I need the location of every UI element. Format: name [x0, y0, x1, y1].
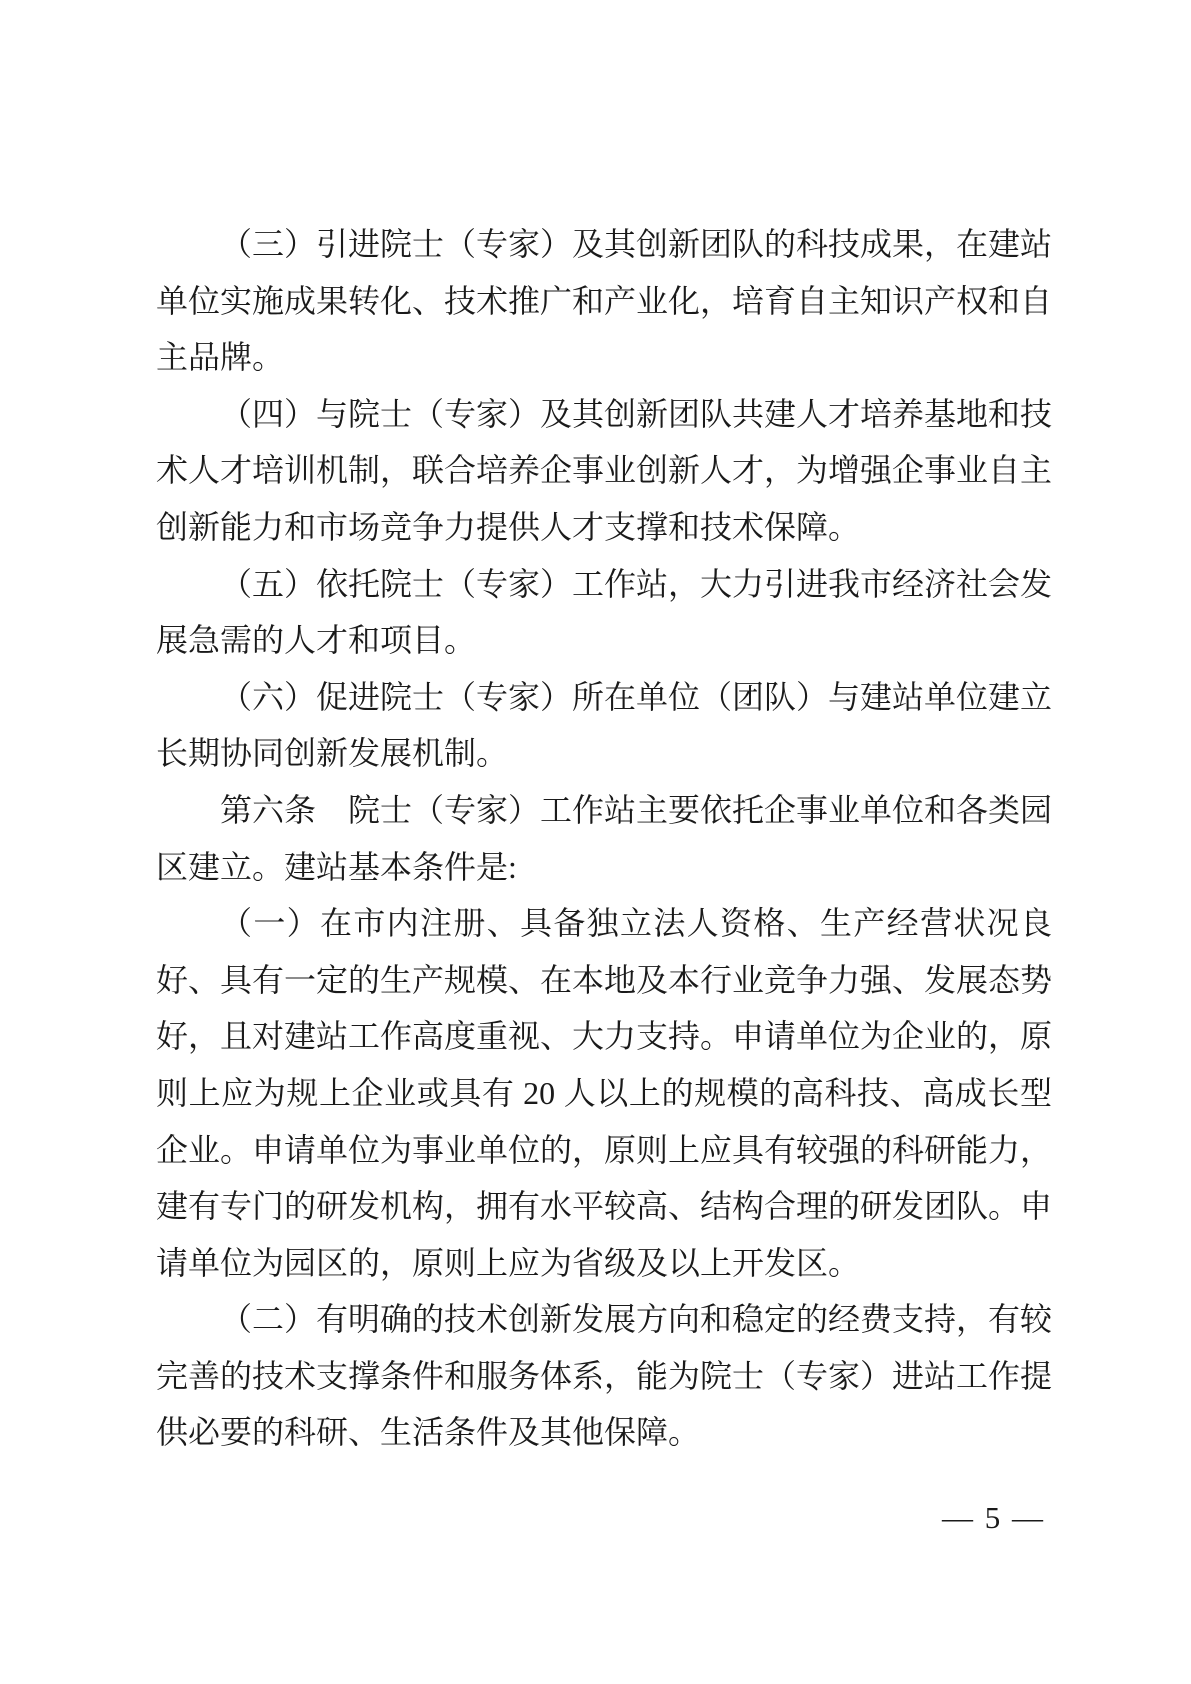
paragraph-item-4: （四）与院士（专家）及其创新团队共建人才培养基地和技术人才培训机制，联合培养企事… — [156, 386, 1052, 556]
page-number: — 5 — — [942, 1500, 1045, 1536]
paragraph-article-6: 第六条 院士（专家）工作站主要依托企事业单位和各类园区建立。建站基本条件是: — [156, 782, 1052, 895]
paragraph-condition-2: （二）有明确的技术创新发展方向和稳定的经费支持，有较完善的技术支撑条件和服务体系… — [156, 1291, 1052, 1461]
document-body: （三）引进院士（专家）及其创新团队的科技成果，在建站单位实施成果转化、技术推广和… — [156, 216, 1052, 1461]
paragraph-item-3: （三）引进院士（专家）及其创新团队的科技成果，在建站单位实施成果转化、技术推广和… — [156, 216, 1052, 386]
paragraph-item-5: （五）依托院士（专家）工作站，大力引进我市经济社会发展急需的人才和项目。 — [156, 556, 1052, 669]
document-page: （三）引进院士（专家）及其创新团队的科技成果，在建站单位实施成果转化、技术推广和… — [0, 0, 1191, 1684]
paragraph-item-6: （六）促进院士（专家）所在单位（团队）与建站单位建立长期协同创新发展机制。 — [156, 669, 1052, 782]
paragraph-condition-1: （一）在市内注册、具备独立法人资格、生产经营状况良好、具有一定的生产规模、在本地… — [156, 895, 1052, 1291]
